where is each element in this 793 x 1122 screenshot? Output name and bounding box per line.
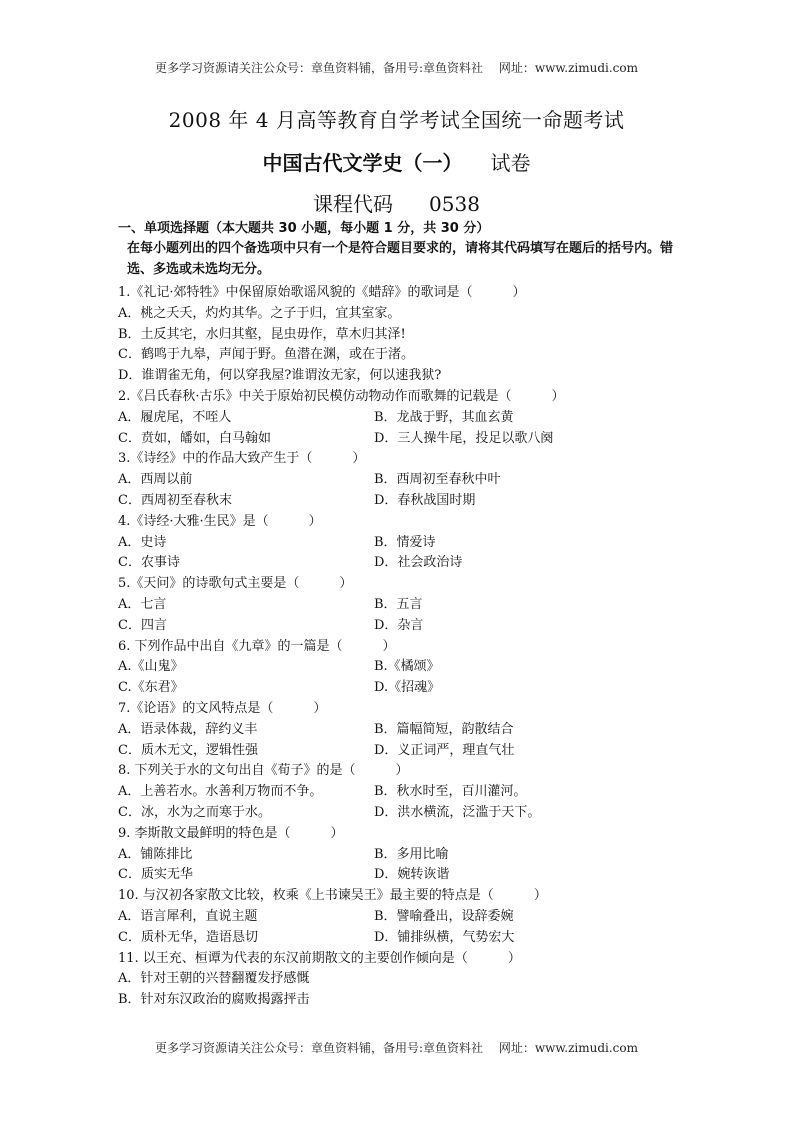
- question-stem: 1.《礼记·郊特牲》中保留原始歌谣风貌的《蜡辞》的歌词是（）: [118, 283, 678, 304]
- question-stem: 11. 以王充、桓谭为代表的东汉前期散文的主要创作倾向是（）: [118, 949, 678, 970]
- question-text: 6. 下列作品中出自《九章》的一篇是（: [118, 639, 343, 654]
- answer-option: C．鹤鸣于九皋，声闻于野。鱼潜在渊，或在于渚。: [118, 345, 678, 366]
- question-text: 4.《诗经·大雅·生民》是（: [118, 514, 269, 529]
- answer-option: D．义正词严，理直气壮: [374, 741, 514, 762]
- option-row: C．质实无华D．婉转诙谐: [118, 865, 678, 886]
- question-text: 11. 以王充、桓谭为代表的东汉前期散文的主要创作倾向是（: [118, 951, 468, 966]
- option-row: C．冰，水为之而寒于水。D．洪水横流，泛滥于天下。: [118, 803, 678, 824]
- answer-option: D.《招魂》: [374, 678, 440, 699]
- option-row: A．履虎尾，不咥人B．龙战于野，其血玄黄: [118, 408, 678, 429]
- exam-title: 2008 年 4 月高等教育自学考试全国统一命题考试: [0, 104, 793, 133]
- answer-option: D．社会政治诗: [374, 553, 462, 574]
- answer-option: B.《橘颂》: [374, 657, 440, 678]
- course-code-value: 0538: [429, 192, 480, 216]
- question-stem: 2.《吕氏春秋·古乐》中关于原始初民模仿动物动作而歌舞的记载是（）: [118, 387, 678, 408]
- answer-option: A．语录体裁，辞约义丰: [118, 720, 257, 741]
- option-row: C．质朴无华，造语恳切D．铺排纵横，气势宏大: [118, 928, 678, 949]
- option-row: A.《山鬼》B.《橘颂》: [118, 657, 678, 678]
- section-instructions: 在每小题列出的四个备选项中只有一个是符合题目要求的，请将其代码填写在题后的括号内…: [118, 239, 687, 280]
- question-close-paren: ）: [309, 514, 322, 529]
- answer-option: D．洪水横流，泛滥于天下。: [374, 803, 540, 824]
- answer-option: A．铺陈排比: [118, 845, 192, 866]
- question-stem: 7.《论语》的文风特点是（）: [118, 699, 678, 720]
- answer-option: B．龙战于野，其血玄黄: [374, 408, 514, 429]
- option-row: C．贲如，皤如，白马翰如D．三人操牛尾，投足以歌八阕: [118, 429, 678, 450]
- option-row: A．西周以前B．西周初至春秋中叶: [118, 470, 678, 491]
- answer-option: C．质木无文，逻辑性强: [118, 741, 258, 762]
- answer-option: A．桃之夭夭，灼灼其华。之子于归，宜其室家。: [118, 304, 678, 325]
- question-stem: 6. 下列作品中出自《九章》的一篇是（）: [118, 637, 678, 658]
- question-close-paren: ）: [552, 389, 565, 404]
- answer-option: B．土反其宅，水归其壑，昆虫毋作，草木归其泽!: [118, 325, 678, 346]
- answer-option: A.《山鬼》: [118, 657, 184, 678]
- answer-option: A．西周以前: [118, 470, 192, 491]
- option-row: A．语录体裁，辞约义丰B．篇幅简短，韵散结合: [118, 720, 678, 741]
- question-text: 8. 下列关于水的文句出自《荀子》的是（: [118, 763, 356, 778]
- answer-option: D．杂言: [374, 616, 423, 637]
- question-close-paren: ）: [513, 285, 526, 300]
- question-close-paren: ）: [534, 888, 547, 903]
- answer-option: C．四言: [118, 616, 167, 637]
- option-row: C．农事诗D．社会政治诗: [118, 553, 678, 574]
- answer-option: B．针对东汉政治的腐败揭露抨击: [118, 990, 678, 1011]
- question-stem: 3.《诗经》中的作品大致产生于（）: [118, 449, 678, 470]
- answer-option: C．冰，水为之而寒于水。: [118, 803, 271, 824]
- option-row: A．铺陈排比B．多用比喻: [118, 845, 678, 866]
- question-stem: 9. 李斯散文最鲜明的特色是（）: [118, 824, 678, 845]
- answer-option: B．西周初至春秋中叶: [374, 470, 501, 491]
- question-close-paren: ）: [339, 576, 352, 591]
- answer-option: B．五言: [374, 595, 423, 616]
- question-stem: 5.《天问》的诗歌句式主要是（）: [118, 574, 678, 595]
- option-row: A．史诗B．情爱诗: [118, 533, 678, 554]
- section-single-choice: 一、单项选择题（本大题共 30 小题，每小题 1 分，共 30 分） 在每小题列…: [118, 219, 688, 280]
- answer-option: C．西周初至春秋末: [118, 491, 232, 512]
- question-close-paren: ）: [383, 639, 396, 654]
- question-close-paren: ）: [396, 763, 409, 778]
- answer-option: A．史诗: [118, 533, 166, 554]
- question-close-paren: ）: [352, 451, 365, 466]
- subject-suffix: 试卷: [491, 151, 531, 175]
- question-stem: 4.《诗经·大雅·生民》是（）: [118, 512, 678, 533]
- answer-option: A．七言: [118, 595, 166, 616]
- option-row: A．七言B．五言: [118, 595, 678, 616]
- answer-option: D．铺排纵横，气势宏大: [374, 928, 514, 949]
- question-text: 1.《礼记·郊特牲》中保留原始歌谣风貌的《蜡辞》的歌词是（: [118, 285, 473, 300]
- answer-option: C．质朴无华，造语恳切: [118, 928, 258, 949]
- section-heading: 一、单项选择题（本大题共 30 小题，每小题 1 分，共 30 分）: [118, 219, 688, 239]
- answer-option: A．语言犀利，直说主题: [118, 907, 257, 928]
- answer-option: D．婉转诙谐: [374, 865, 449, 886]
- question-text: 9. 李斯散文最鲜明的特色是（: [118, 826, 291, 841]
- question-text: 3.《诗经》中的作品大致产生于（: [118, 451, 312, 466]
- option-row: C.《东君》D.《招魂》: [118, 678, 678, 699]
- page-footer: 更多学习资源请关注公众号：章鱼资料铺，备用号:章鱼资料社 网址：www.zimu…: [0, 1039, 793, 1056]
- question-close-paren: ）: [313, 701, 326, 716]
- question-text: 7.《论语》的文风特点是（: [118, 701, 273, 716]
- answer-option: B．多用比喻: [374, 845, 449, 866]
- answer-option: A．针对王朝的兴替翻覆发抒感慨: [118, 969, 678, 990]
- answer-option: B．秋水时至，百川灌河。: [374, 782, 527, 803]
- answer-option: C．农事诗: [118, 553, 180, 574]
- page-header: 更多学习资源请关注公众号：章鱼资料铺，备用号:章鱼资料社 网址：www.zimu…: [0, 59, 793, 76]
- answer-option: C．贲如，皤如，白马翰如: [118, 429, 271, 450]
- answer-option: B．篇幅简短，韵散结合: [374, 720, 514, 741]
- answer-option: C．质实无华: [118, 865, 193, 886]
- option-row: A．语言犀利，直说主题B．譬喻叠出，设辞委婉: [118, 907, 678, 928]
- option-row: C．质木无文，逻辑性强D．义正词严，理直气壮: [118, 741, 678, 762]
- answer-option: A．上善若水。水善利万物而不争。: [118, 782, 322, 803]
- question-list: 1.《礼记·郊特牲》中保留原始歌谣风貌的《蜡辞》的歌词是（）A．桃之夭夭，灼灼其…: [118, 283, 678, 1011]
- question-text: 5.《天问》的诗歌句式主要是（: [118, 576, 299, 591]
- option-row: C．西周初至春秋末D．春秋战国时期: [118, 491, 678, 512]
- subject-name: 中国古代文学史（一）: [263, 151, 463, 175]
- question-close-paren: ）: [331, 826, 344, 841]
- answer-option: D．春秋战国时期: [374, 491, 475, 512]
- option-row: A．上善若水。水善利万物而不争。B．秋水时至，百川灌河。: [118, 782, 678, 803]
- answer-option: B．譬喻叠出，设辞委婉: [374, 907, 514, 928]
- question-stem: 10. 与汉初各家散文比较，枚乘《上书谏吴王》最主要的特点是（）: [118, 886, 678, 907]
- question-close-paren: ）: [508, 951, 521, 966]
- question-text: 10. 与汉初各家散文比较，枚乘《上书谏吴王》最主要的特点是（: [118, 888, 494, 903]
- answer-option: B．情爱诗: [374, 533, 436, 554]
- answer-option: D．谁谓雀无角，何以穿我屋?谁谓汝无家，何以速我狱?: [118, 366, 678, 387]
- question-text: 2.《吕氏春秋·古乐》中关于原始初民模仿动物动作而歌舞的记载是（: [118, 389, 512, 404]
- answer-option: C.《东君》: [118, 678, 184, 699]
- answer-option: A．履虎尾，不咥人: [118, 408, 231, 429]
- question-stem: 8. 下列关于水的文句出自《荀子》的是（）: [118, 761, 678, 782]
- subject-title: 中国古代文学史（一）试卷: [0, 147, 793, 176]
- course-code-label: 课程代码: [313, 192, 393, 216]
- course-code: 课程代码0538: [0, 188, 793, 217]
- option-row: C．四言D．杂言: [118, 616, 678, 637]
- answer-option: D．三人操牛尾，投足以歌八阕: [374, 429, 553, 450]
